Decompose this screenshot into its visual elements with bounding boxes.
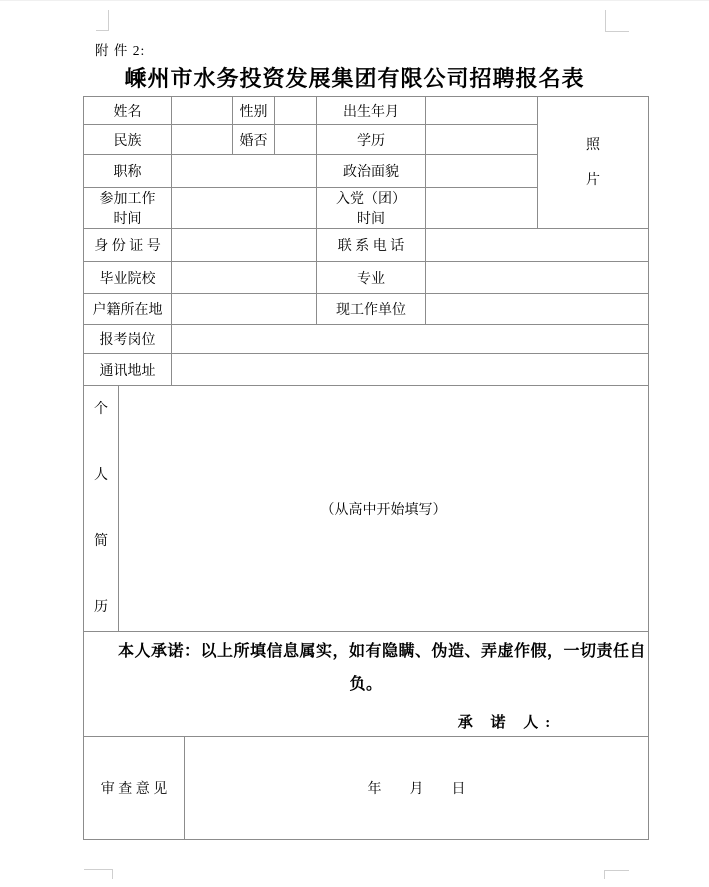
mailing-address-value-cell[interactable] [172,354,649,386]
political-status-label-cell: 政治面貌 [317,155,426,188]
ethnicity-label-cell: 民族 [84,125,172,155]
work-start-time-label-cell: 参加工作 时间 [84,188,172,229]
table-row: 通讯地址 [84,354,649,386]
applied-position-value-cell[interactable] [172,325,649,354]
commitment-cell: 本人承诺：以上所填信息属实，如有隐瞒、伪造、弄虚作假，一切责任自负。 承 诺 人… [84,632,649,737]
gender-value-cell[interactable] [275,97,317,125]
household-location-value-cell[interactable] [172,294,317,325]
marital-status-label-cell: 婚否 [233,125,275,155]
review-date-line: 年 月 日 [368,782,466,797]
page-top-edge [0,0,709,1]
marital-status-value-cell[interactable] [275,125,317,155]
mailing-address-label-cell: 通讯地址 [84,354,172,386]
gender-label-cell: 性别 [233,97,275,125]
table-row: 报考岗位 [84,325,649,354]
margin-mark-bottom-left [84,869,113,879]
graduate-school-label-cell: 毕业院校 [84,262,172,294]
id-number-label-cell: 身 份 证 号 [84,229,172,262]
major-value-cell[interactable] [426,262,649,294]
page-title: 嵊州市水务投资发展集团有限公司招聘报名表 [0,62,709,93]
graduate-school-value-cell[interactable] [172,262,317,294]
table-row: 姓名 性别 出生年月 照 片 [84,97,649,125]
margin-mark-bottom-right [604,870,629,879]
table-row: 本人承诺：以上所填信息属实，如有隐瞒、伪造、弄虚作假，一切责任自负。 承 诺 人… [84,632,649,737]
education-value-cell[interactable] [426,125,538,155]
birth-date-value-cell[interactable] [426,97,538,125]
table-row: 审 查 意 见 年 月 日 [84,737,649,840]
party-league-time-label-cell: 入党（团） 时间 [317,188,426,229]
major-label-cell: 专业 [317,262,426,294]
table-row: 毕业院校 专业 [84,262,649,294]
resume-hint: （从高中开始填写） [321,503,447,518]
professional-title-label-cell: 职称 [84,155,172,188]
household-location-label-cell: 户籍所在地 [84,294,172,325]
work-start-time-value-cell[interactable] [172,188,317,229]
name-label-cell: 姓名 [84,97,172,125]
table-row: 户籍所在地 现工作单位 [84,294,649,325]
margin-mark-top-right [605,10,629,32]
current-employer-value-cell[interactable] [426,294,649,325]
current-employer-label-cell: 现工作单位 [317,294,426,325]
review-section-label-cell: 审 查 意 见 [84,737,185,840]
name-value-cell[interactable] [172,97,233,125]
professional-title-value-cell[interactable] [172,155,317,188]
photo-cell[interactable]: 照 片 [538,97,649,229]
political-status-value-cell[interactable] [426,155,538,188]
resume-content-cell[interactable]: （从高中开始填写） [119,386,649,632]
party-league-time-value-cell[interactable] [426,188,538,229]
commitment-text: 本人承诺：以上所填信息属实，如有隐瞒、伪造、弄虚作假，一切责任自负。 [84,636,648,702]
phone-value-cell[interactable] [426,229,649,262]
resume-section-label-cell: 个 人 简 历 [84,386,119,632]
phone-label-cell: 联 系 电 话 [317,229,426,262]
table-row: 身 份 证 号 联 系 电 话 [84,229,649,262]
review-value-cell[interactable]: 年 月 日 [185,737,649,840]
ethnicity-value-cell[interactable] [172,125,233,155]
attachment-note: 附 件 2: [95,39,145,59]
table-row: 个 人 简 历 （从高中开始填写） [84,386,649,632]
signer-label[interactable]: 承 诺 人: [367,711,648,732]
birth-date-label-cell: 出生年月 [317,97,426,125]
document-page: 附 件 2: 嵊州市水务投资发展集团有限公司招聘报名表 姓名 性别 出生年月 照… [0,0,709,887]
applied-position-label-cell: 报考岗位 [84,325,172,354]
application-form-table: 姓名 性别 出生年月 照 片 民族 婚否 学历 职称 政治面貌 参加工作 时间 … [83,96,649,840]
margin-mark-top-left [96,10,109,31]
id-number-value-cell[interactable] [172,229,317,262]
education-label-cell: 学历 [317,125,426,155]
